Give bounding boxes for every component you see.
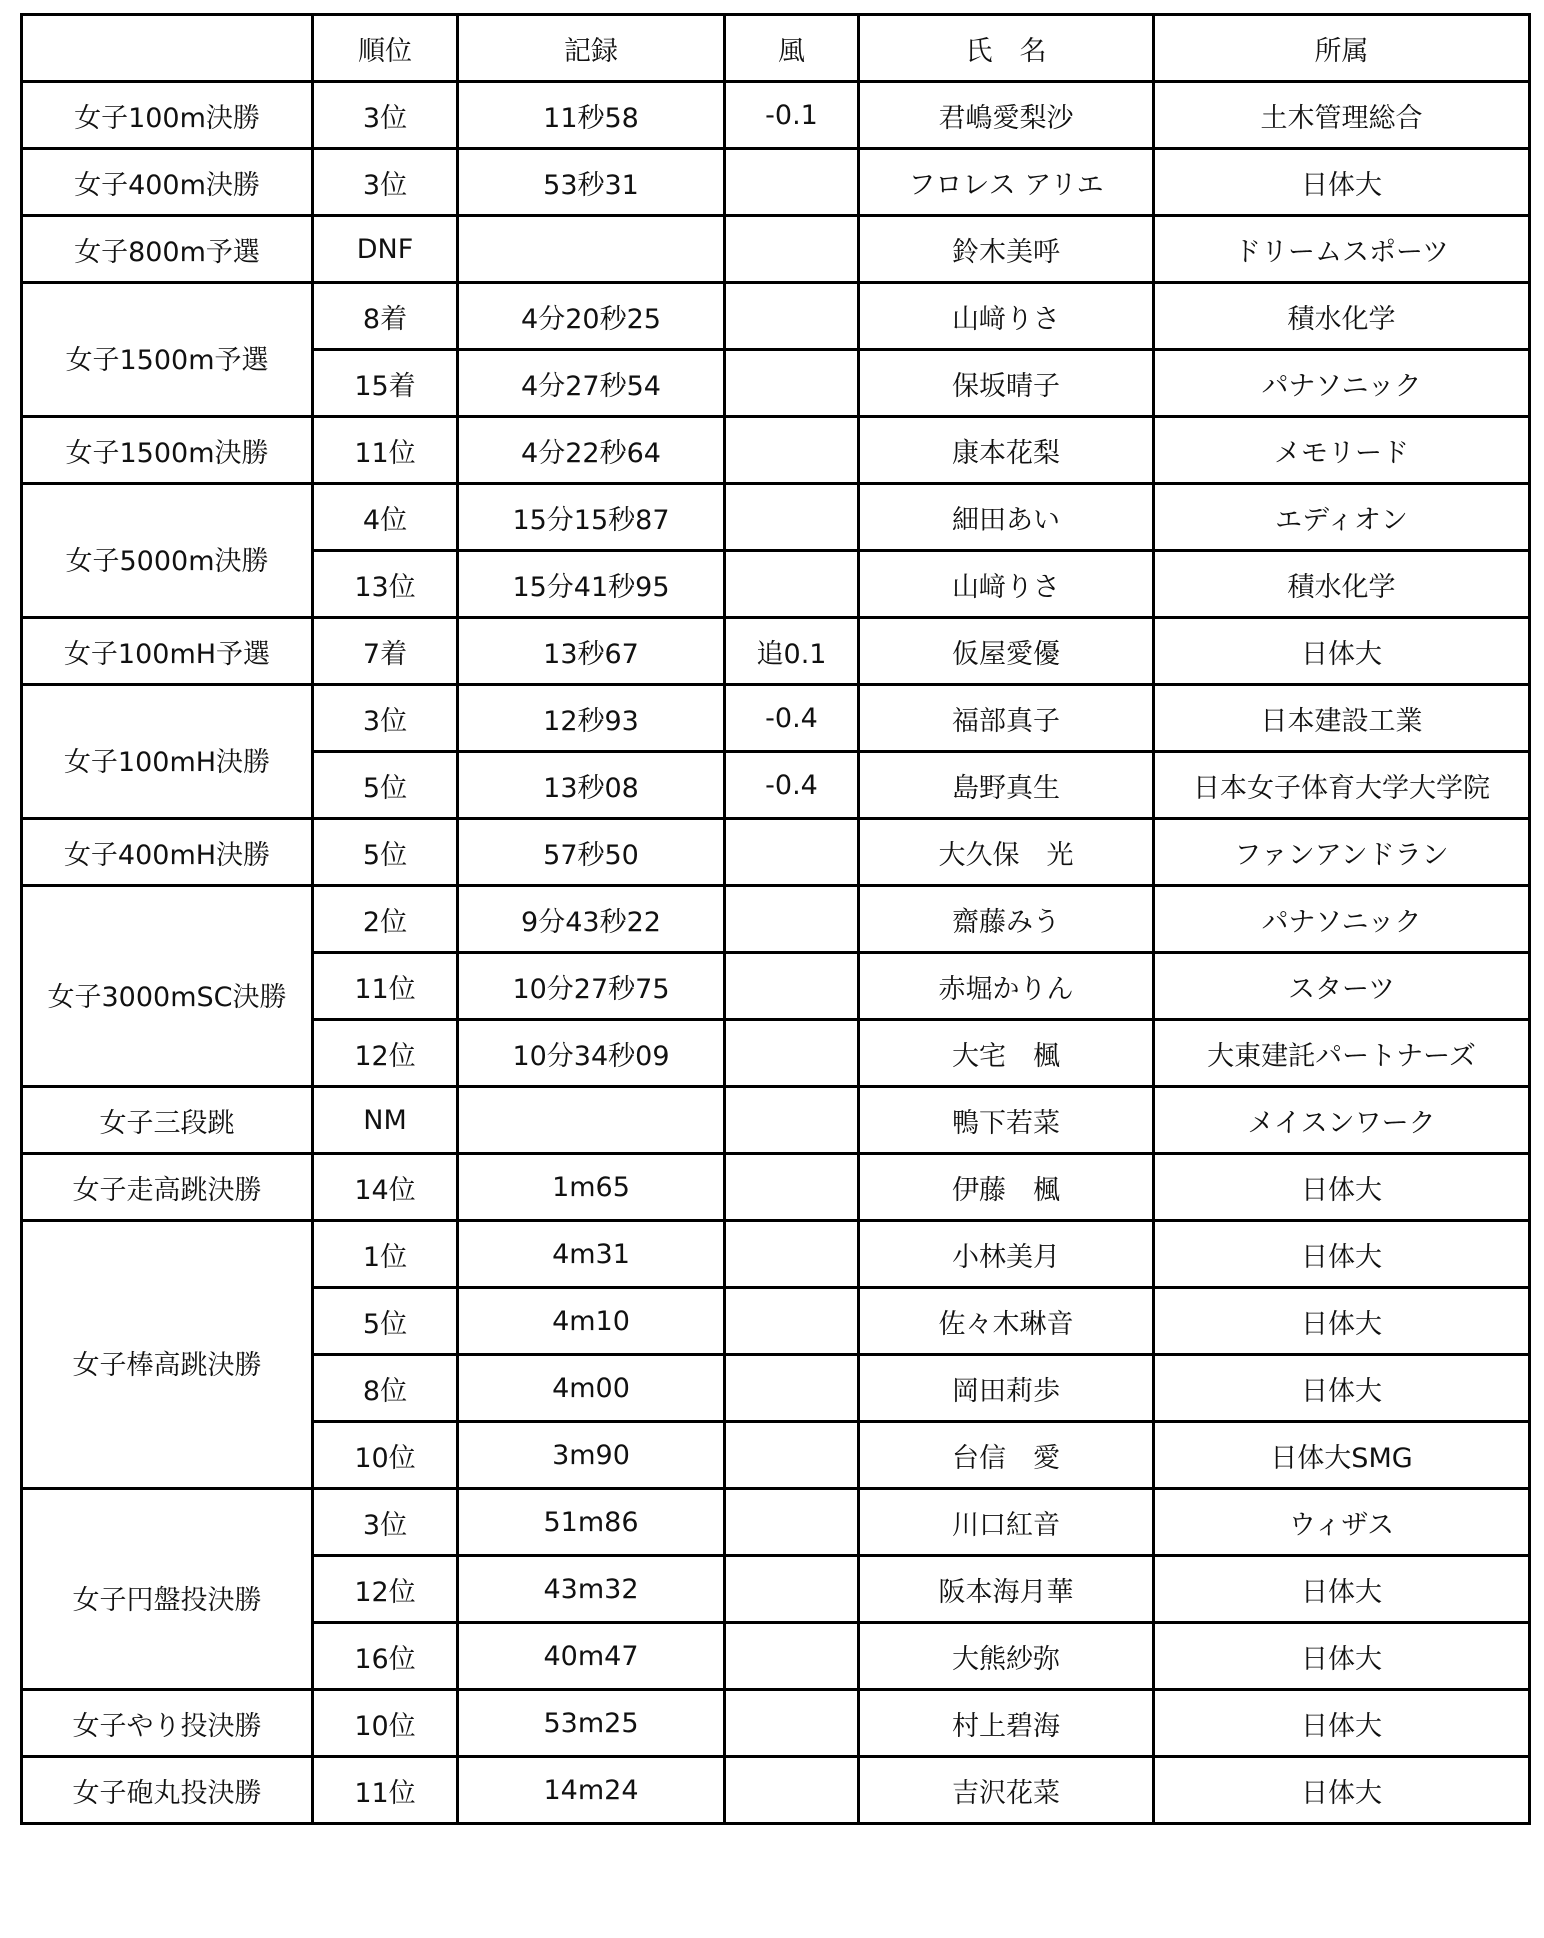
rank-cell: 11位: [313, 953, 458, 1020]
name-cell: 島野真生: [859, 752, 1154, 819]
event-cell: 女子走高跳決勝: [22, 1154, 313, 1221]
record-cell: 4m31: [458, 1221, 725, 1288]
wind-cell: [725, 953, 859, 1020]
affiliation-cell: 日体大: [1154, 1288, 1530, 1355]
rank-cell: 12位: [313, 1556, 458, 1623]
rank-cell: 11位: [313, 1757, 458, 1824]
name-cell: 台信 愛: [859, 1422, 1154, 1489]
event-cell: 女子1500m決勝: [22, 417, 313, 484]
record-cell: 10分34秒09: [458, 1020, 725, 1087]
rank-cell: 11位: [313, 417, 458, 484]
affiliation-cell: メイスンワーク: [1154, 1087, 1530, 1154]
table-row: 女子800m予選DNF鈴木美呼ドリームスポーツ: [22, 216, 1530, 283]
table-row: 女子走高跳決勝14位1m65伊藤 楓日体大: [22, 1154, 1530, 1221]
affiliation-cell: エディオン: [1154, 484, 1530, 551]
affiliation-cell: 日体大: [1154, 1221, 1530, 1288]
name-cell: 小林美月: [859, 1221, 1154, 1288]
table-row: 女子5000m決勝4位15分15秒87細田あいエディオン: [22, 484, 1530, 551]
event-cell: 女子400mH決勝: [22, 819, 313, 886]
rank-cell: 3位: [313, 149, 458, 216]
record-cell: 51m86: [458, 1489, 725, 1556]
affiliation-cell: 大東建託パートナーズ: [1154, 1020, 1530, 1087]
event-cell: 女子砲丸投決勝: [22, 1757, 313, 1824]
event-cell: 女子三段跳: [22, 1087, 313, 1154]
table-row: 女子100mH決勝3位12秒93-0.4福部真子日本建設工業: [22, 685, 1530, 752]
wind-cell: [725, 886, 859, 953]
wind-cell: [725, 1087, 859, 1154]
event-cell: 女子5000m決勝: [22, 484, 313, 618]
wind-cell: [725, 484, 859, 551]
record-cell: 53秒31: [458, 149, 725, 216]
table-row: 女子100m決勝3位11秒58-0.1君嶋愛梨沙土木管理総合: [22, 82, 1530, 149]
wind-cell: [725, 1757, 859, 1824]
affiliation-cell: 日本建設工業: [1154, 685, 1530, 752]
affiliation-cell: 日体大: [1154, 1757, 1530, 1824]
rank-cell: 13位: [313, 551, 458, 618]
name-cell: 鴨下若菜: [859, 1087, 1154, 1154]
affiliation-cell: 日体大: [1154, 618, 1530, 685]
table-row: 女子三段跳NM鴨下若菜メイスンワーク: [22, 1087, 1530, 1154]
record-cell: [458, 1087, 725, 1154]
wind-cell: [725, 1690, 859, 1757]
wind-cell: [725, 149, 859, 216]
rank-cell: 3位: [313, 82, 458, 149]
name-cell: 大宅 楓: [859, 1020, 1154, 1087]
event-cell: 女子1500m予選: [22, 283, 313, 417]
affiliation-cell: 日体大: [1154, 1154, 1530, 1221]
affiliation-cell: 日体大SMG: [1154, 1422, 1530, 1489]
record-cell: 10分27秒75: [458, 953, 725, 1020]
record-cell: 4m00: [458, 1355, 725, 1422]
wind-cell: [725, 216, 859, 283]
rank-cell: DNF: [313, 216, 458, 283]
wind-cell: [725, 1221, 859, 1288]
header-record: 記録: [458, 15, 725, 82]
affiliation-cell: パナソニック: [1154, 350, 1530, 417]
wind-cell: [725, 1020, 859, 1087]
record-cell: 15分41秒95: [458, 551, 725, 618]
rank-cell: 8位: [313, 1355, 458, 1422]
rank-cell: NM: [313, 1087, 458, 1154]
table-row: 女子1500m決勝11位4分22秒64康本花梨メモリード: [22, 417, 1530, 484]
wind-cell: [725, 417, 859, 484]
wind-cell: [725, 551, 859, 618]
name-cell: 齋藤みう: [859, 886, 1154, 953]
name-cell: 鈴木美呼: [859, 216, 1154, 283]
header-row: 順位 記録 風 氏 名 所属: [22, 15, 1530, 82]
table-row: 女子3000mSC決勝2位9分43秒22齋藤みうパナソニック: [22, 886, 1530, 953]
wind-cell: -0.1: [725, 82, 859, 149]
name-cell: 細田あい: [859, 484, 1154, 551]
record-cell: 4分20秒25: [458, 283, 725, 350]
table-row: 女子やり投決勝10位53m25村上碧海日体大: [22, 1690, 1530, 1757]
rank-cell: 12位: [313, 1020, 458, 1087]
wind-cell: [725, 819, 859, 886]
wind-cell: [725, 283, 859, 350]
name-cell: 君嶋愛梨沙: [859, 82, 1154, 149]
record-cell: 11秒58: [458, 82, 725, 149]
record-cell: 43m32: [458, 1556, 725, 1623]
results-body: 女子100m決勝3位11秒58-0.1君嶋愛梨沙土木管理総合女子400m決勝3位…: [22, 82, 1530, 1824]
wind-cell: [725, 1288, 859, 1355]
affiliation-cell: 日体大: [1154, 1355, 1530, 1422]
name-cell: フロレス アリエ: [859, 149, 1154, 216]
name-cell: 佐々木琳音: [859, 1288, 1154, 1355]
event-cell: 女子やり投決勝: [22, 1690, 313, 1757]
record-cell: 4m10: [458, 1288, 725, 1355]
name-cell: 山﨑りさ: [859, 551, 1154, 618]
header-event: [22, 15, 313, 82]
table-row: 女子100mH予選7着13秒67追0.1仮屋愛優日体大: [22, 618, 1530, 685]
rank-cell: 5位: [313, 752, 458, 819]
name-cell: 大熊紗弥: [859, 1623, 1154, 1690]
affiliation-cell: メモリード: [1154, 417, 1530, 484]
results-table: 順位 記録 風 氏 名 所属 女子100m決勝3位11秒58-0.1君嶋愛梨沙土…: [20, 13, 1531, 1825]
header-rank: 順位: [313, 15, 458, 82]
rank-cell: 15着: [313, 350, 458, 417]
name-cell: 阪本海月華: [859, 1556, 1154, 1623]
header-affiliation: 所属: [1154, 15, 1530, 82]
record-cell: [458, 216, 725, 283]
affiliation-cell: パナソニック: [1154, 886, 1530, 953]
wind-cell: 追0.1: [725, 618, 859, 685]
wind-cell: [725, 1422, 859, 1489]
name-cell: 村上碧海: [859, 1690, 1154, 1757]
affiliation-cell: 日体大: [1154, 149, 1530, 216]
record-cell: 13秒67: [458, 618, 725, 685]
rank-cell: 7着: [313, 618, 458, 685]
wind-cell: -0.4: [725, 685, 859, 752]
name-cell: 大久保 光: [859, 819, 1154, 886]
table-row: 女子砲丸投決勝11位14m24吉沢花菜日体大: [22, 1757, 1530, 1824]
record-cell: 3m90: [458, 1422, 725, 1489]
wind-cell: [725, 1355, 859, 1422]
record-cell: 9分43秒22: [458, 886, 725, 953]
header-wind: 風: [725, 15, 859, 82]
record-cell: 4分22秒64: [458, 417, 725, 484]
rank-cell: 8着: [313, 283, 458, 350]
record-cell: 4分27秒54: [458, 350, 725, 417]
affiliation-cell: スターツ: [1154, 953, 1530, 1020]
wind-cell: -0.4: [725, 752, 859, 819]
affiliation-cell: 日体大: [1154, 1623, 1530, 1690]
name-cell: 山﨑りさ: [859, 283, 1154, 350]
name-cell: 川口紅音: [859, 1489, 1154, 1556]
event-cell: 女子100mH予選: [22, 618, 313, 685]
record-cell: 12秒93: [458, 685, 725, 752]
header-name: 氏 名: [859, 15, 1154, 82]
table-row: 女子棒高跳決勝1位4m31小林美月日体大: [22, 1221, 1530, 1288]
record-cell: 53m25: [458, 1690, 725, 1757]
affiliation-cell: 土木管理総合: [1154, 82, 1530, 149]
affiliation-cell: 積水化学: [1154, 283, 1530, 350]
name-cell: 赤堀かりん: [859, 953, 1154, 1020]
name-cell: 伊藤 楓: [859, 1154, 1154, 1221]
rank-cell: 5位: [313, 1288, 458, 1355]
event-cell: 女子100mH決勝: [22, 685, 313, 819]
event-cell: 女子3000mSC決勝: [22, 886, 313, 1087]
affiliation-cell: ファンアンドラン: [1154, 819, 1530, 886]
record-cell: 57秒50: [458, 819, 725, 886]
wind-cell: [725, 1623, 859, 1690]
table-row: 女子400m決勝3位53秒31フロレス アリエ日体大: [22, 149, 1530, 216]
event-cell: 女子100m決勝: [22, 82, 313, 149]
record-cell: 13秒08: [458, 752, 725, 819]
rank-cell: 3位: [313, 685, 458, 752]
rank-cell: 16位: [313, 1623, 458, 1690]
name-cell: 康本花梨: [859, 417, 1154, 484]
wind-cell: [725, 1556, 859, 1623]
event-cell: 女子800m予選: [22, 216, 313, 283]
name-cell: 岡田莉歩: [859, 1355, 1154, 1422]
affiliation-cell: 日本女子体育大学大学院: [1154, 752, 1530, 819]
record-cell: 1m65: [458, 1154, 725, 1221]
wind-cell: [725, 350, 859, 417]
record-cell: 14m24: [458, 1757, 725, 1824]
affiliation-cell: ドリームスポーツ: [1154, 216, 1530, 283]
rank-cell: 3位: [313, 1489, 458, 1556]
wind-cell: [725, 1489, 859, 1556]
event-cell: 女子円盤投決勝: [22, 1489, 313, 1690]
name-cell: 仮屋愛優: [859, 618, 1154, 685]
rank-cell: 2位: [313, 886, 458, 953]
affiliation-cell: 日体大: [1154, 1556, 1530, 1623]
rank-cell: 1位: [313, 1221, 458, 1288]
name-cell: 吉沢花菜: [859, 1757, 1154, 1824]
rank-cell: 4位: [313, 484, 458, 551]
rank-cell: 10位: [313, 1422, 458, 1489]
rank-cell: 10位: [313, 1690, 458, 1757]
table-row: 女子円盤投決勝3位51m86川口紅音ウィザス: [22, 1489, 1530, 1556]
name-cell: 保坂晴子: [859, 350, 1154, 417]
event-cell: 女子400m決勝: [22, 149, 313, 216]
affiliation-cell: ウィザス: [1154, 1489, 1530, 1556]
wind-cell: [725, 1154, 859, 1221]
record-cell: 40m47: [458, 1623, 725, 1690]
rank-cell: 5位: [313, 819, 458, 886]
table-row: 女子1500m予選8着4分20秒25山﨑りさ積水化学: [22, 283, 1530, 350]
table-row: 女子400mH決勝5位57秒50大久保 光ファンアンドラン: [22, 819, 1530, 886]
affiliation-cell: 積水化学: [1154, 551, 1530, 618]
name-cell: 福部真子: [859, 685, 1154, 752]
record-cell: 15分15秒87: [458, 484, 725, 551]
rank-cell: 14位: [313, 1154, 458, 1221]
event-cell: 女子棒高跳決勝: [22, 1221, 313, 1489]
affiliation-cell: 日体大: [1154, 1690, 1530, 1757]
